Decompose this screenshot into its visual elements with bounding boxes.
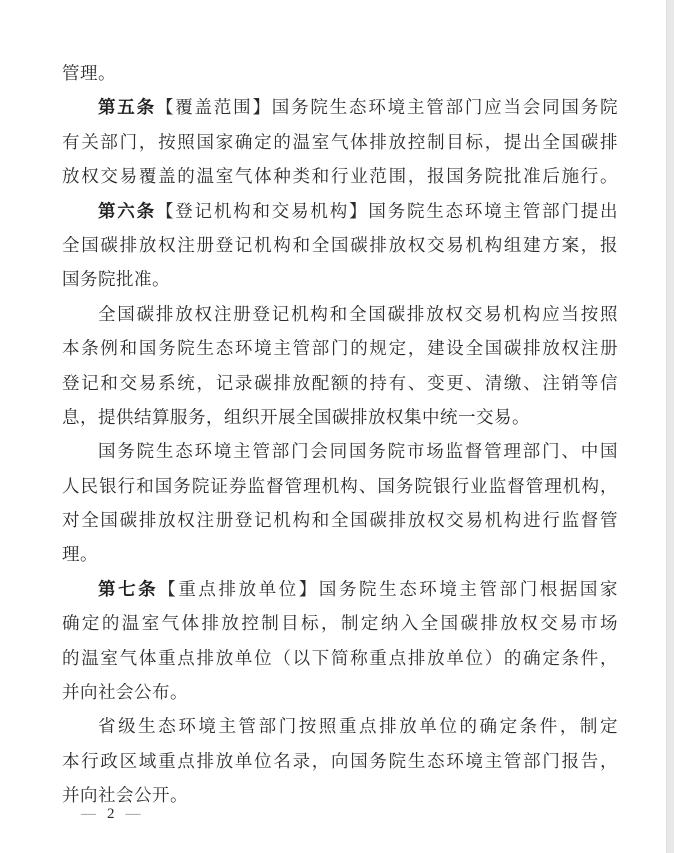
document-line: 第七条【重点排放单位】国务院生态环境主管部门根据国家: [62, 572, 618, 606]
article-number: 第五条: [98, 97, 156, 117]
body-text: 的温室气体重点排放单位（以下简称重点排放单位）的确定条件，: [62, 648, 618, 668]
document-line: 管理。: [62, 56, 618, 90]
footer-page-number: 2: [107, 806, 115, 823]
article-number: 第七条: [98, 579, 158, 599]
document-line: 省级生态环境主管部门按照重点排放单位的确定条件，制定: [62, 709, 618, 743]
document-line: 并向社会公布。: [62, 675, 618, 709]
body-text: 对全国碳排放权注册登记机构和全国碳排放权交易机构进行监督管: [62, 510, 618, 530]
article-number: 第六条: [98, 201, 156, 221]
document-line: 登记和交易系统，记录碳排放配额的持有、变更、清缴、注销等信: [62, 366, 618, 400]
document-body: 管理。第五条【覆盖范围】国务院生态环境主管部门应当会同国务院有关部门，按照国家确…: [62, 56, 618, 813]
body-text: 管理。: [62, 63, 116, 83]
article-title: 【重点排放单位】: [158, 579, 319, 599]
document-line: 理。: [62, 537, 618, 571]
document-line: 全国碳排放权注册登记机构和全国碳排放权交易机构组建方案，报: [62, 228, 618, 262]
body-text: 国务院生态环境主管部门提出: [368, 201, 618, 221]
body-text: 本条例和国务院生态环境主管部门的规定，建设全国碳排放权注册: [62, 338, 618, 358]
body-text: 省级生态环境主管部门按照重点排放单位的确定条件，制定: [98, 716, 618, 736]
document-line: 全国碳排放权注册登记机构和全国碳排放权交易机构应当按照: [62, 297, 618, 331]
body-text: 并向社会公开。: [62, 785, 188, 805]
page-number-footer: —2—: [81, 806, 141, 823]
document-line: 对全国碳排放权注册登记机构和全国碳排放权交易机构进行监督管: [62, 503, 618, 537]
body-text: 国务院生态环境主管部门应当会同国务院: [272, 97, 618, 117]
document-line: 本行政区域重点排放单位名录，向国务院生态环境主管部门报告，: [62, 744, 618, 778]
document-line: 第五条【覆盖范围】国务院生态环境主管部门应当会同国务院: [62, 90, 618, 124]
document-line: 本条例和国务院生态环境主管部门的规定，建设全国碳排放权注册: [62, 331, 618, 365]
body-text: 有关部门，按照国家确定的温室气体排放控制目标，提出全国碳排: [62, 132, 618, 152]
body-text: 国务院生态环境主管部门根据国家: [319, 579, 618, 599]
body-text: 登记和交易系统，记录碳排放配额的持有、变更、清缴、注销等信: [62, 373, 618, 393]
body-text: 息，提供结算服务，组织开展全国碳排放权集中统一交易。: [62, 407, 530, 427]
document-line: 国务院生态环境主管部门会同国务院市场监督管理部门、中国: [62, 434, 618, 468]
body-text: 确定的温室气体排放控制目标，制定纳入全国碳排放权交易市场: [62, 613, 618, 633]
document-line: 确定的温室气体排放控制目标，制定纳入全国碳排放权交易市场: [62, 606, 618, 640]
document-line: 的温室气体重点排放单位（以下简称重点排放单位）的确定条件，: [62, 641, 618, 675]
document-line: 国务院批准。: [62, 262, 618, 296]
body-text: 全国碳排放权注册登记机构和全国碳排放权交易机构组建方案，报: [62, 235, 618, 255]
body-text: 人民银行和国务院证券监督管理机构、国务院银行业监督管理机构，: [62, 476, 618, 496]
footer-dash-left: —: [81, 806, 96, 823]
footer-dash-right: —: [126, 806, 141, 823]
document-line: 息，提供结算服务，组织开展全国碳排放权集中统一交易。: [62, 400, 618, 434]
article-title: 【覆盖范围】: [156, 97, 272, 117]
body-text: 并向社会公布。: [62, 682, 188, 702]
page-edge-strip: [666, 0, 674, 853]
body-text: 理。: [62, 544, 98, 564]
body-text: 本行政区域重点排放单位名录，向国务院生态环境主管部门报告，: [62, 751, 618, 771]
document-line: 有关部门，按照国家确定的温室气体排放控制目标，提出全国碳排: [62, 125, 618, 159]
document-line: 放权交易覆盖的温室气体种类和行业范围，报国务院批准后施行。: [62, 159, 618, 193]
body-text: 全国碳排放权注册登记机构和全国碳排放权交易机构应当按照: [98, 304, 618, 324]
document-line: 并向社会公开。: [62, 778, 618, 812]
body-text: 国务院批准。: [62, 269, 170, 289]
document-page: 管理。第五条【覆盖范围】国务院生态环境主管部门应当会同国务院有关部门，按照国家确…: [0, 0, 674, 853]
document-line: 人民银行和国务院证券监督管理机构、国务院银行业监督管理机构，: [62, 469, 618, 503]
article-title: 【登记机构和交易机构】: [156, 201, 368, 221]
body-text: 国务院生态环境主管部门会同国务院市场监督管理部门、中国: [98, 441, 618, 461]
document-line: 第六条【登记机构和交易机构】国务院生态环境主管部门提出: [62, 194, 618, 228]
body-text: 放权交易覆盖的温室气体种类和行业范围，报国务院批准后施行。: [62, 166, 618, 186]
